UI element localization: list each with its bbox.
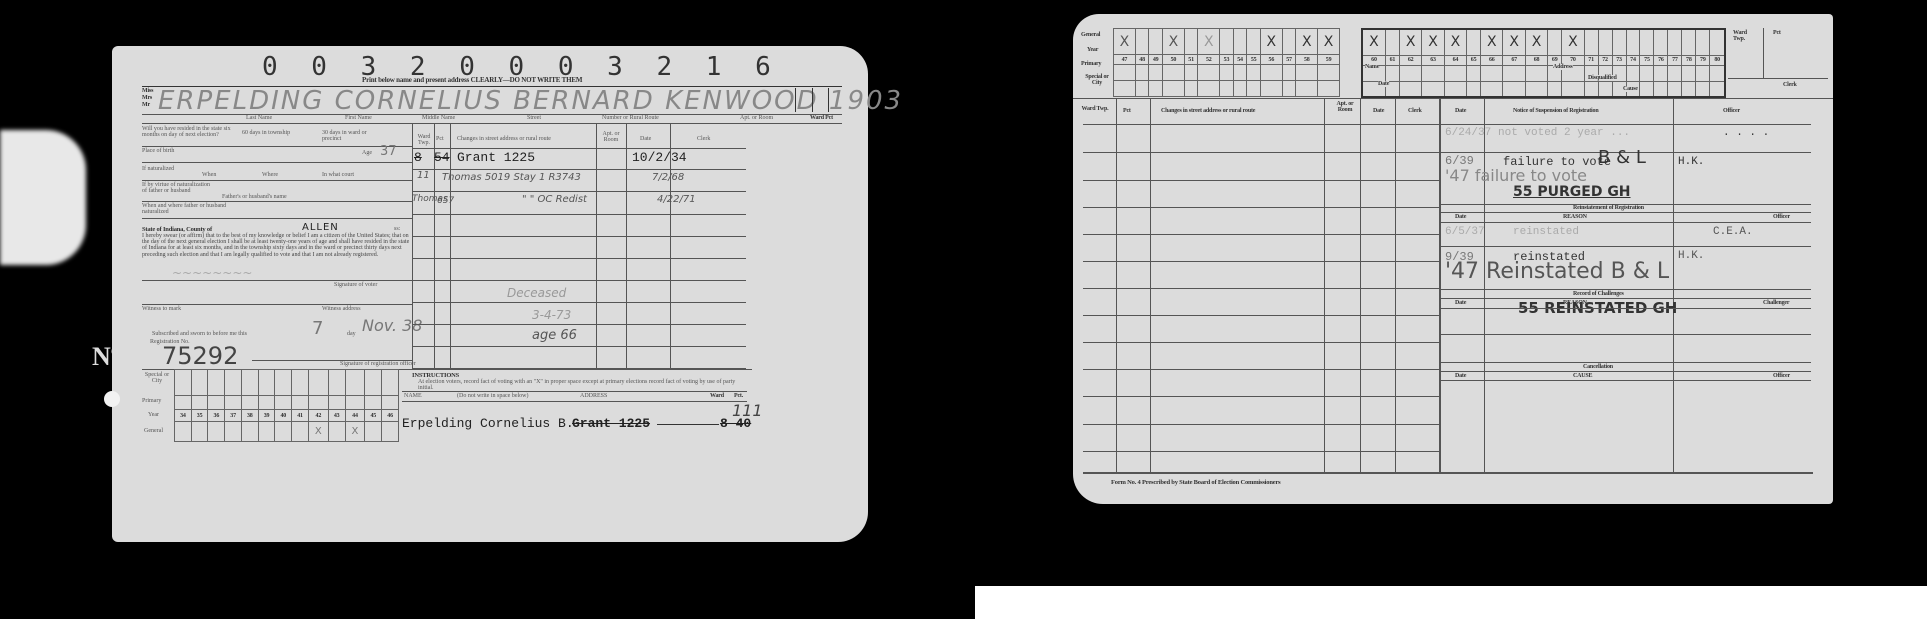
changes-header-clerk: Clerk [697,136,710,142]
deceased-date: 3-4-73 [532,308,571,322]
residence-question: Will you have resided in the state six m… [142,126,232,138]
salutation-labels: Miss Mrs Mr [142,88,153,109]
grid-label-general: General [144,428,163,434]
typed-footer-name: Erpelding Cornelius B. [402,416,574,431]
residence-label-ward: 30 days in ward or precinct [322,130,382,142]
changes-header-apt: Apt. or Room [1331,101,1359,113]
label-first-name: First Name [345,115,372,121]
label-ward-twp: Ward Twp. [1733,30,1753,42]
grid-label-general: General [1081,32,1100,38]
cancellation-title: Cancellation [1583,364,1613,370]
label-ward-pct: Ward Pct [810,115,833,121]
age-value: 37 [380,144,397,159]
reinstatement-header-officer: Officer [1773,214,1790,220]
reinstatement-title: Reinstatement of Registration [1573,205,1644,211]
instructions-text: At election voters, record fact of votin… [418,379,738,391]
grid-label-special-city: Special or City [142,372,172,384]
day-label: day [347,331,356,337]
typed-footer-address: Grant 1225 [572,416,650,431]
typed-footer-ward-pct: 8 40 [720,416,751,431]
header-instruction: Print below name and present address CLE… [362,76,582,84]
oath-county: ALLEN [302,222,339,233]
instructions-pct-label: Pct. [734,393,743,399]
naturalized-label: If naturalized [142,166,174,172]
oath-ss: ss: [394,226,400,232]
stamp-suspension-47: '47 failure to vote [1445,166,1587,185]
punch-hole [104,391,120,407]
challenges-header-challenger: Challenger [1763,300,1789,306]
changes-header-date: Date [1373,108,1384,114]
number-mark: Nº [92,342,119,372]
white-margin-block [975,586,1927,619]
changes-header-clerk: Clerk [1408,108,1422,114]
grid-label-special-city: Special or City [1083,74,1111,86]
instructions-name-hint: (Do not write in space below) [457,393,528,399]
cancellation-header-date: Date [1455,373,1466,379]
cancellation-header-officer: Officer [1773,373,1790,379]
subscribed-label: Subscribed and sworn to before me this [152,331,247,337]
place-of-birth-label: Place of birth [142,148,182,154]
deceased-age: age 66 [532,328,577,343]
label-address: Address [1553,64,1573,70]
label-number: Number or Rural Route [602,115,659,121]
witness-address-label: Witness address [322,306,361,312]
signature-voter-label: Signature of voter [334,282,377,288]
registration-card-back: General Year Primary Special or City X X… [1073,14,1833,504]
label-last-name: Last Name [246,115,272,121]
changes-header-ward: Ward Twp. [1081,106,1109,112]
suspension-header-date: Date [1455,108,1466,114]
suspension-header-officer: Officer [1723,108,1740,114]
handwritten-name: ERPELDING CORNELIUS BERNARD KENWOOD 1903 [158,86,903,116]
registration-card-front: 0 0 3 2 0 0 0 3 2 1 6 Print below name a… [112,46,868,542]
reinstatement-header-reason: REASON [1563,214,1587,220]
reinstatement-header-date: Date [1455,214,1466,220]
label-street: Street [527,115,541,121]
registration-number: 75292 [162,342,238,370]
challenges-header-date: Date [1455,300,1466,306]
instructions-ward-label: Ward [710,393,724,399]
instructions-address-label: ADDRESS [580,393,607,399]
subscribed-month: Nov. 38 [362,316,422,335]
changes-header-address: Changes in street address or rural route [1161,108,1255,114]
stamp-purged: 55 PURGED GH [1513,184,1631,200]
grid-label-year: Year [148,412,159,418]
when-where-naturalized-label: When and where father or husband natural… [142,203,232,215]
changes-header-pct: Pct [436,136,444,142]
naturalized-where-label: Where [262,172,278,178]
cancellation-header-cause: CAUSE [1573,373,1592,379]
label-pct: Pct [1773,30,1781,36]
grid-label-primary: Primary [142,398,161,404]
changes-header-apt: Apt. or Room [599,131,623,143]
form-footer: Form No. 4 Prescribed by State Board of … [1111,479,1280,486]
father-husband-label: If by virtue of naturalization of father… [142,182,212,194]
signature-officer-label: Signature of registration officer [340,361,416,367]
label-apt: Apt. or Room [740,115,773,121]
label-clerk: Clerk [1783,82,1797,88]
changes-header-ward: Ward Twp. [415,134,433,146]
instructions-title: INSTRUCTIONS [412,372,459,379]
naturalized-court-label: In what court [322,172,354,178]
oath-text: I hereby swear (or affirm) that to the b… [142,233,412,258]
instructions-name-label: NAME [404,393,422,399]
label-cause: Cause [1623,86,1638,92]
oath-state-county-label: State of Indiana, County of [142,226,212,233]
voting-grid-1960-1980: X X X X X X X X 60 61 62 63 64 65 66 67 … [1361,28,1726,98]
suspension-header-notice: Notice of Suspension of Registration [1513,108,1598,114]
grid-label-year: Year [1087,47,1098,53]
changes-header-address: Changes in street address or rural route [457,136,551,142]
voting-grid-1947-1959: X X X X X X 47 48 49 50 51 52 53 54 55 5… [1113,28,1340,97]
stamp-suspension-bl: B & L [1598,147,1646,168]
deceased-annotation: Deceased [507,286,566,300]
label-disqualified: Disqualified [1588,75,1617,81]
changes-header-pct: Pct [1123,108,1131,114]
challenges-title: Record of Challenges [1573,291,1624,297]
grid-label-primary: Primary [1081,61,1101,67]
stamp-reinstated-47: '47 Reinstated B & L [1445,259,1669,284]
subscribed-day: 7 [312,318,323,339]
label-date: Date [1378,81,1389,87]
changes-header-date: Date [640,136,651,142]
residence-label-township: 60 days in township [242,130,292,136]
witness-to-mark-label: Witness to mark [142,306,181,312]
label-middle-name: Middle Name [422,115,455,121]
voter-signature: ~~~~~~~~ [172,266,252,280]
father-husband-name-label: Father's or husband's name [222,194,287,200]
age-label: Age [362,150,372,156]
voting-grid-left: 34 35 36 37 38 39 40 41 42 43 44 45 46 X… [174,369,399,442]
label-name: Name [1365,64,1379,70]
film-artifact-light-blob [0,130,86,265]
naturalized-when-label: When [202,172,216,178]
